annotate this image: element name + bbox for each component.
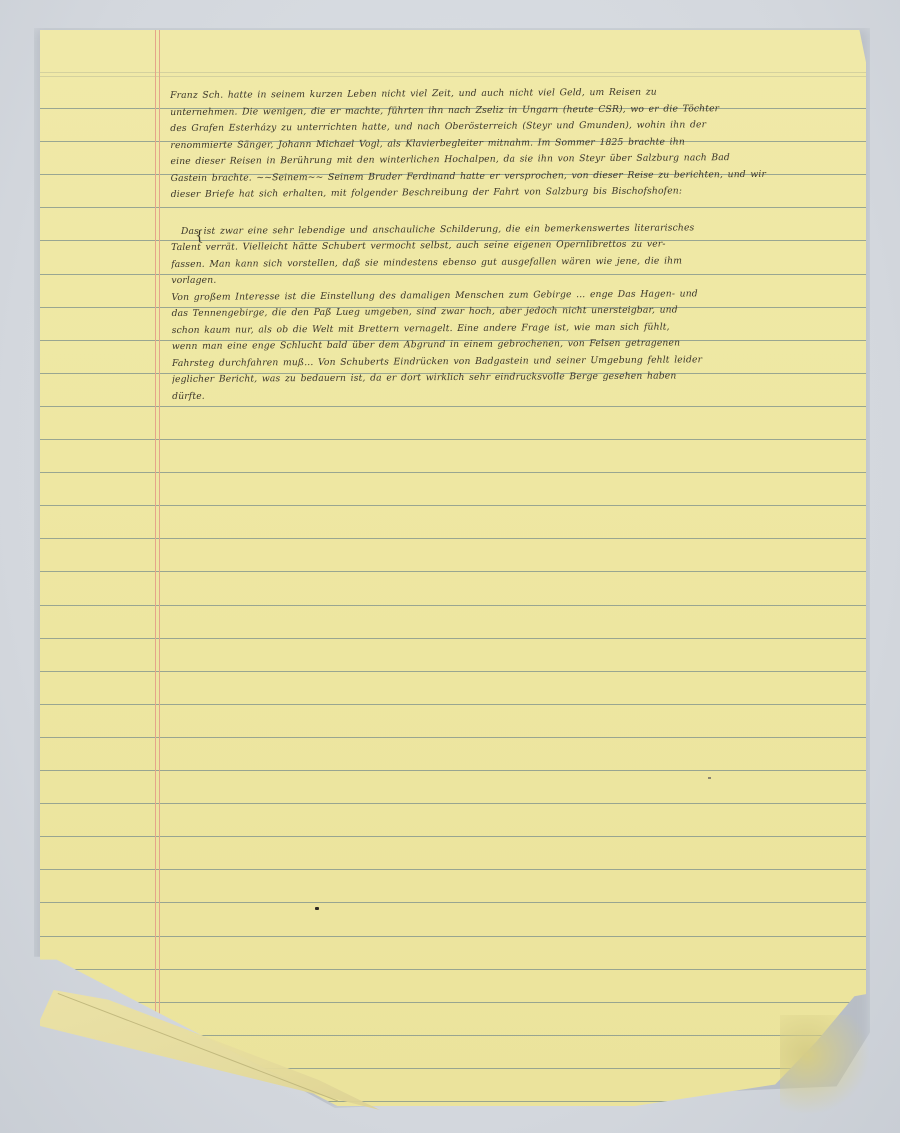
rule-line [40, 969, 866, 970]
margin-line-right [159, 30, 160, 1106]
rule-line [40, 1002, 866, 1003]
margin-line-left [155, 30, 156, 1106]
handwritten-text: Franz Sch. hatte in seinem kurzen Leben … [170, 84, 772, 405]
rule-line [40, 803, 866, 804]
rule-line [40, 671, 866, 672]
rule-line [40, 538, 866, 539]
rule-line [40, 76, 866, 77]
rule-line [40, 72, 866, 73]
paper-mark [708, 777, 711, 779]
brace-mark: { [195, 228, 204, 244]
rule-line [40, 704, 866, 705]
rule-line [40, 936, 866, 937]
rule-line [40, 836, 866, 837]
rule-line [40, 439, 866, 440]
corner-curl-shadow [780, 1015, 870, 1115]
rule-line [40, 869, 866, 870]
rule-line [40, 472, 866, 473]
rule-line [40, 571, 866, 572]
rule-line [40, 770, 866, 771]
rule-line [40, 406, 866, 407]
rule-line [40, 737, 866, 738]
rule-line [40, 638, 866, 639]
rule-line [40, 605, 866, 606]
rule-line [40, 505, 866, 506]
rule-line [40, 902, 866, 903]
ink-speck [315, 907, 319, 910]
